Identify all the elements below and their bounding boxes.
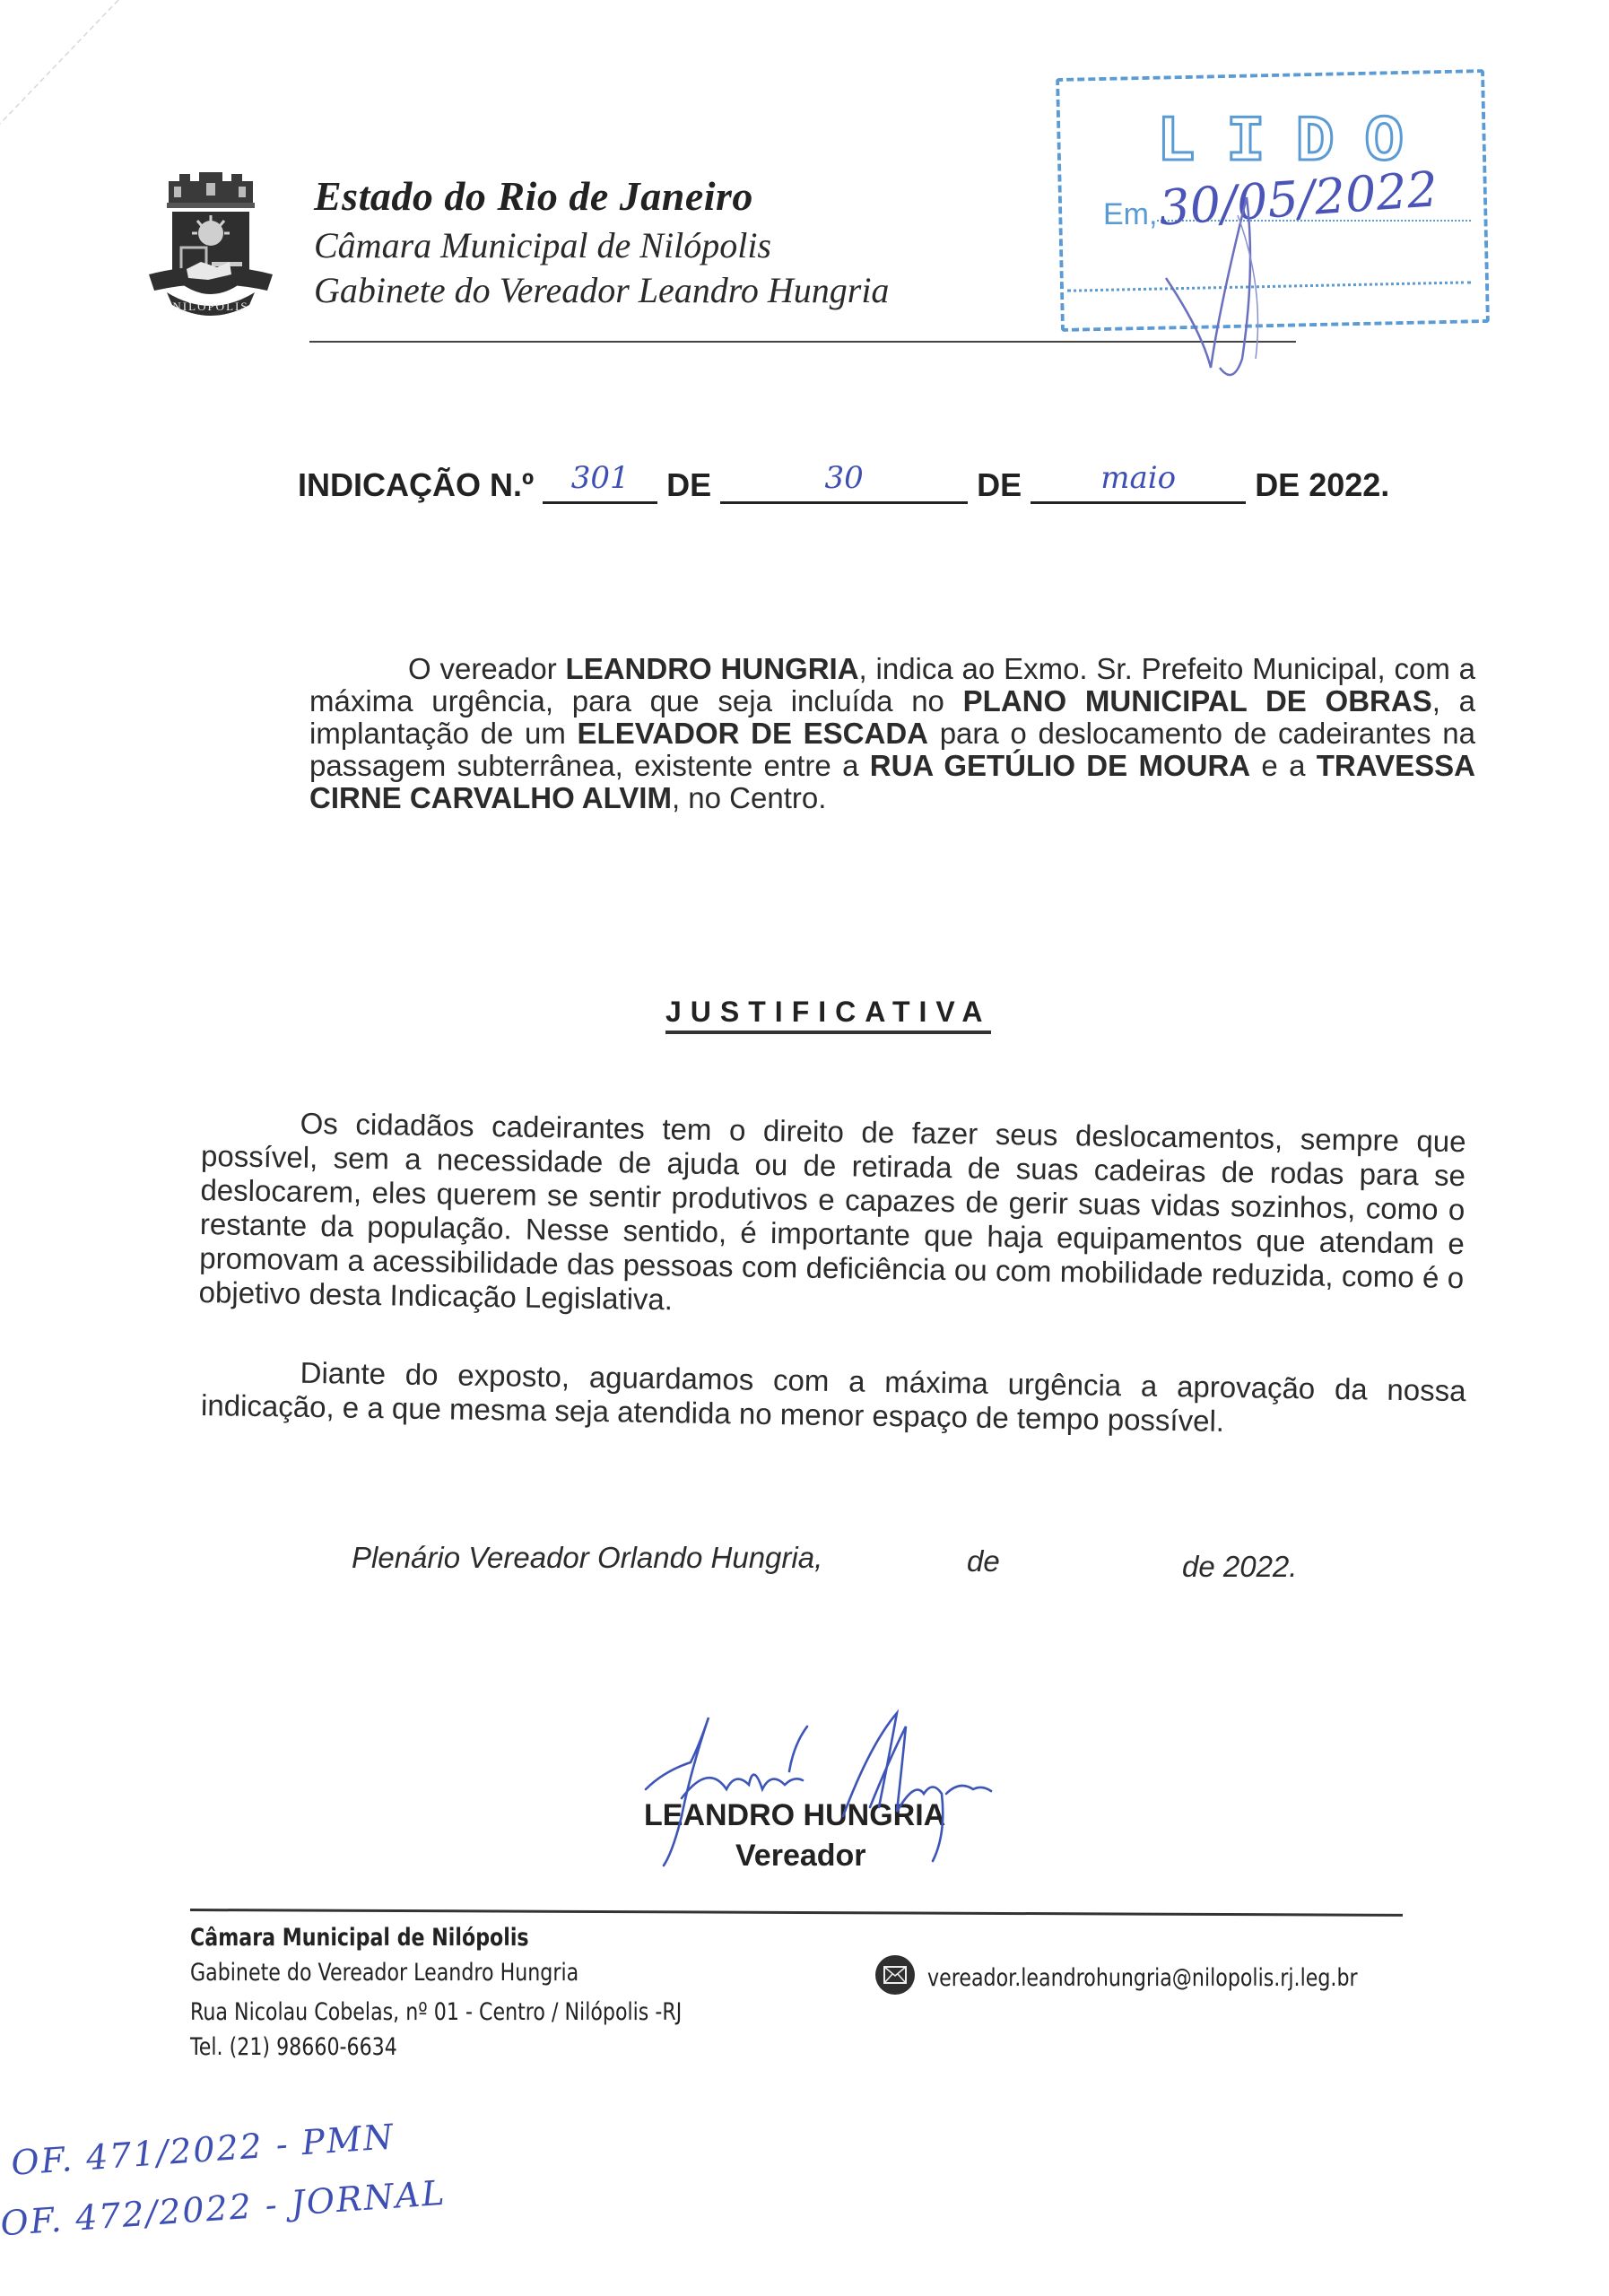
footer-phone: Tel. (21) 98660-6634 bbox=[190, 2033, 397, 2061]
envelope-icon bbox=[875, 1955, 915, 1995]
footer-office: Gabinete do Vereador Leandro Hungria bbox=[190, 1959, 578, 1987]
office-name: Gabinete do Vereador Leandro Hungria bbox=[314, 269, 889, 311]
scan-crease-mark bbox=[0, 0, 126, 126]
indication-line: INDICAÇÃO N.º 301 DE 30 DE maio DE 2022. bbox=[298, 462, 1389, 504]
paragraph-text: O vereador bbox=[408, 652, 566, 685]
indication-de-2: DE bbox=[977, 466, 1022, 504]
indication-month-field: maio bbox=[1031, 462, 1246, 504]
footer-chamber: Câmara Municipal de Nilópolis bbox=[190, 1924, 529, 1952]
state-title: Estado do Rio de Janeiro bbox=[314, 172, 753, 220]
emphasized-text: ELEVADOR DE ESCADA bbox=[578, 717, 928, 750]
justification-heading: JUSTIFICATIVA bbox=[665, 996, 991, 1034]
closing-year: de 2022. bbox=[1182, 1550, 1297, 1584]
handwritten-signature bbox=[628, 1709, 1005, 1879]
svg-text:NILOPOLIS: NILOPOLIS bbox=[172, 300, 248, 313]
indication-year: DE 2022. bbox=[1255, 466, 1389, 504]
emphasized-text: PLANO MUNICIPAL DE OBRAS bbox=[963, 684, 1432, 717]
emphasized-text: RUA GETÚLIO DE MOURA bbox=[870, 749, 1250, 782]
indication-de-1: DE bbox=[666, 466, 711, 504]
emphasized-text: LEANDRO HUNGRIA bbox=[566, 652, 859, 685]
justification-paragraph: Os cidadãos cadeirantes tem o direito de… bbox=[198, 1105, 1465, 1329]
footer-divider bbox=[190, 1909, 1403, 1917]
footer-address: Rua Nicolau Cobelas, nº 01 - Centro / Ni… bbox=[190, 1998, 682, 2026]
chamber-name: Câmara Municipal de Nilópolis bbox=[314, 224, 771, 266]
coat-of-arms-icon: NILOPOLIS bbox=[144, 169, 278, 321]
handwritten-note-1: OF. 471/2022 - PMN bbox=[10, 2117, 396, 2183]
paragraph-text: , no Centro. bbox=[672, 781, 826, 814]
indication-paragraph: O vereador LEANDRO HUNGRIA, indica ao Ex… bbox=[309, 653, 1475, 814]
handwritten-note-2: OF. 472/2022 - JORNAL bbox=[0, 2173, 448, 2244]
footer-email[interactable]: vereador.leandrohungria@nilopolis.rj.leg… bbox=[927, 1964, 1358, 1992]
conclusion-paragraph: Diante do exposto, aguardamos com a máxi… bbox=[201, 1354, 1466, 1442]
indication-paragraph-text: O vereador LEANDRO HUNGRIA, indica ao Ex… bbox=[309, 653, 1475, 814]
closing-place: Plenário Vereador Orlando Hungria, bbox=[352, 1541, 822, 1575]
indication-label: INDICAÇÃO N.º bbox=[298, 466, 534, 504]
paragraph-text: e a bbox=[1250, 749, 1317, 782]
stamp-initials-scrawl bbox=[1148, 179, 1327, 386]
indication-number-field: 301 bbox=[543, 462, 657, 504]
indication-day-field: 30 bbox=[720, 462, 968, 504]
closing-de: de bbox=[967, 1544, 1000, 1578]
